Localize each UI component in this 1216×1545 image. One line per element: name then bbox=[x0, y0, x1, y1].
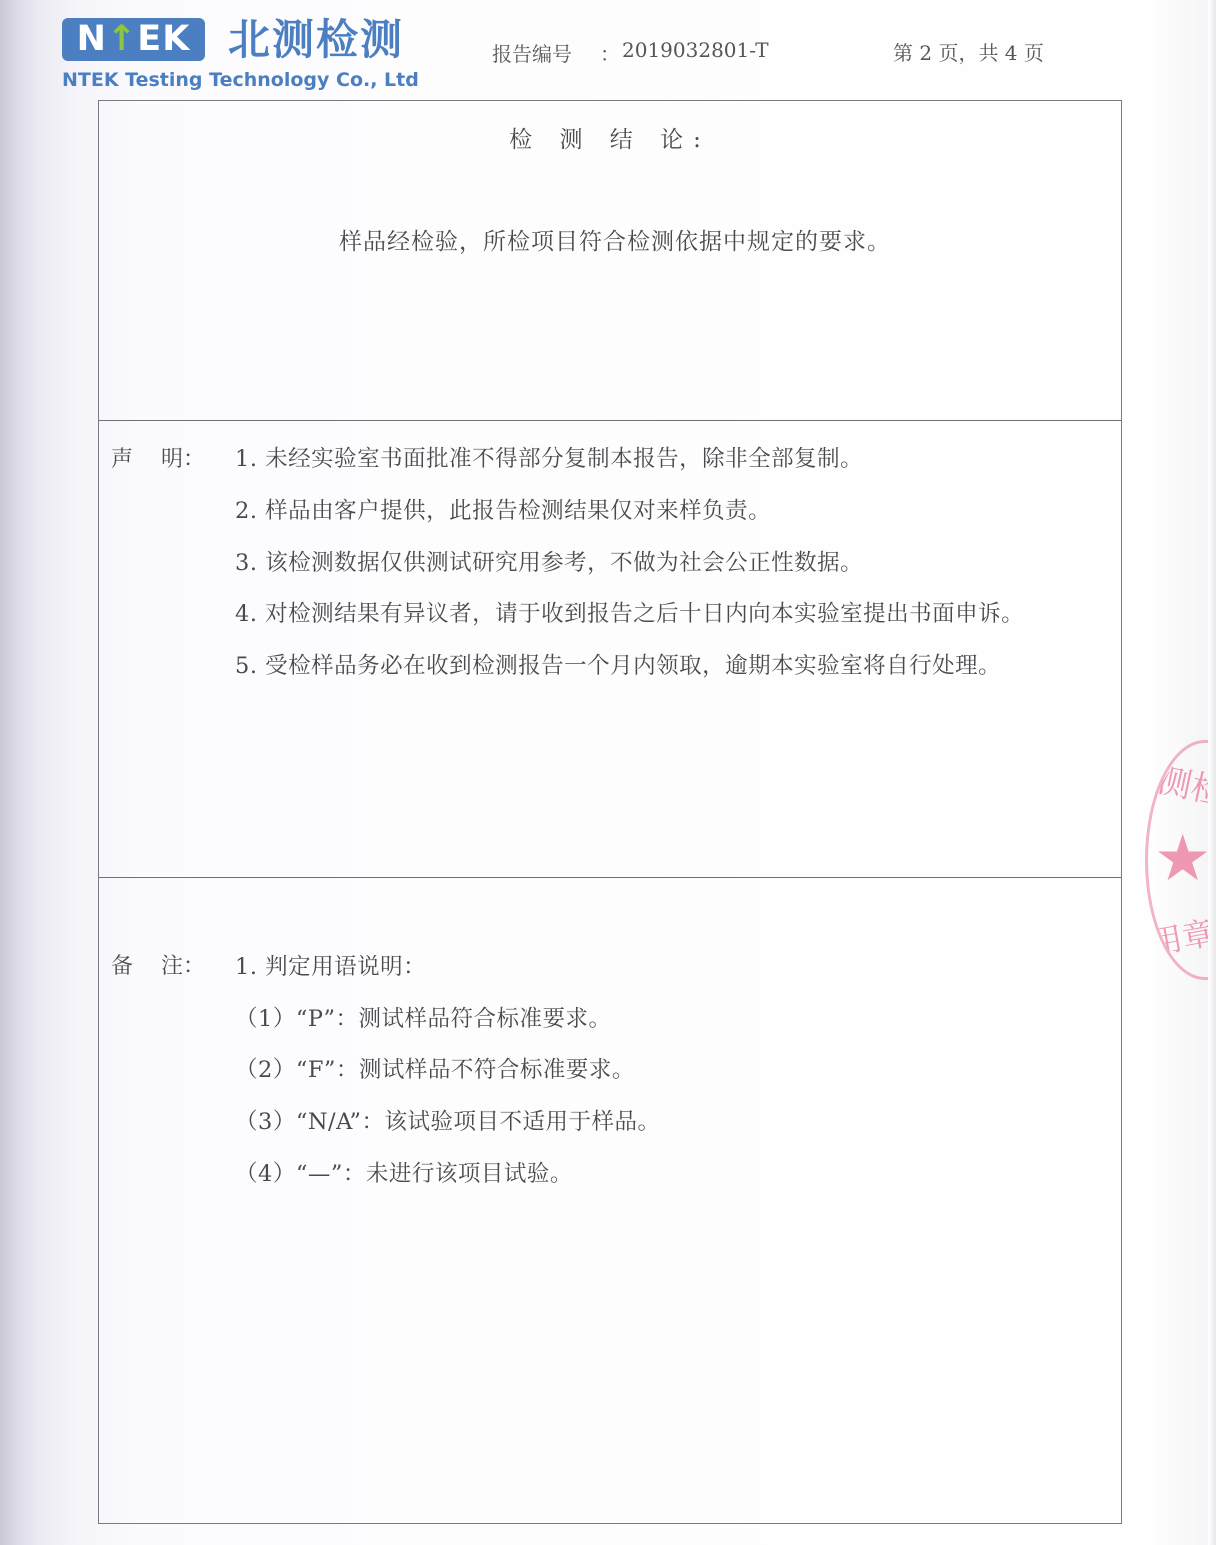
logo-chinese-name: 北测检测 bbox=[228, 14, 404, 66]
report-number-separator: ： bbox=[600, 38, 620, 67]
conclusion-title: 检 测 结 论: bbox=[99, 121, 1121, 154]
seal-top-text: 测检 bbox=[1154, 752, 1216, 814]
logo-english-name: NTEK Testing Technology Co., Ltd bbox=[62, 69, 419, 91]
section-divider bbox=[99, 877, 1121, 878]
remarks-label-char2: 注： bbox=[161, 954, 205, 979]
seal-bottom-text: 用章 bbox=[1146, 908, 1216, 964]
statement-label: 声明： bbox=[111, 442, 205, 473]
conclusion-text: 样品经检验，所检项目符合检测依据中规定的要求。 bbox=[99, 223, 1121, 256]
remarks-item: （1）“P”：测试样品符合标准要求。 bbox=[235, 1001, 611, 1033]
report-number: 2019032801-T bbox=[622, 38, 769, 62]
statement-item: 2. 样品由客户提供，此报告检测结果仅对来样负责。 bbox=[235, 493, 771, 525]
official-seal-stamp: 测检 ★ 用章 bbox=[1145, 740, 1216, 980]
ntek-logo-badge: N↑EK bbox=[62, 18, 205, 61]
statement-item: 3. 该检测数据仅供测试研究用参考，不做为社会公正性数据。 bbox=[235, 545, 863, 577]
page-edge bbox=[1208, 0, 1216, 1545]
statement-item: 5. 受检样品务必在收到检测报告一个月内领取，逾期本实验室将自行处理。 bbox=[235, 648, 1001, 680]
page-info: 第 2 页，共 4 页 bbox=[893, 37, 1044, 66]
remarks-item: （4）“—”：未进行该项目试验。 bbox=[235, 1156, 573, 1188]
statement-label-char1: 声 bbox=[111, 442, 161, 473]
logo-badge-prefix: N bbox=[77, 19, 107, 59]
report-number-label: 报告编号 bbox=[492, 38, 572, 67]
logo-arrow-icon: ↑ bbox=[107, 19, 137, 59]
remarks-item: （3）“N/A”：该试验项目不适用于样品。 bbox=[235, 1104, 661, 1136]
section-divider bbox=[99, 420, 1121, 421]
remarks-label: 备注： bbox=[111, 949, 205, 980]
remarks-label-char1: 备 bbox=[111, 949, 161, 980]
remarks-heading: 1. 判定用语说明： bbox=[235, 949, 426, 981]
seal-star-icon: ★ bbox=[1154, 827, 1211, 891]
statement-item: 4. 对检测结果有异议者，请于收到报告之后十日内向本实验室提出书面申诉。 bbox=[235, 596, 1024, 628]
remarks-item: （2）“F”：测试样品不符合标准要求。 bbox=[235, 1052, 635, 1084]
logo-badge-suffix: EK bbox=[137, 19, 190, 59]
statement-label-char2: 明： bbox=[161, 447, 205, 472]
report-frame: 检 测 结 论: 样品经检验，所检项目符合检测依据中规定的要求。 声明： 1. … bbox=[98, 100, 1122, 1524]
statement-item: 1. 未经实验室书面批准不得部分复制本报告，除非全部复制。 bbox=[235, 441, 863, 473]
